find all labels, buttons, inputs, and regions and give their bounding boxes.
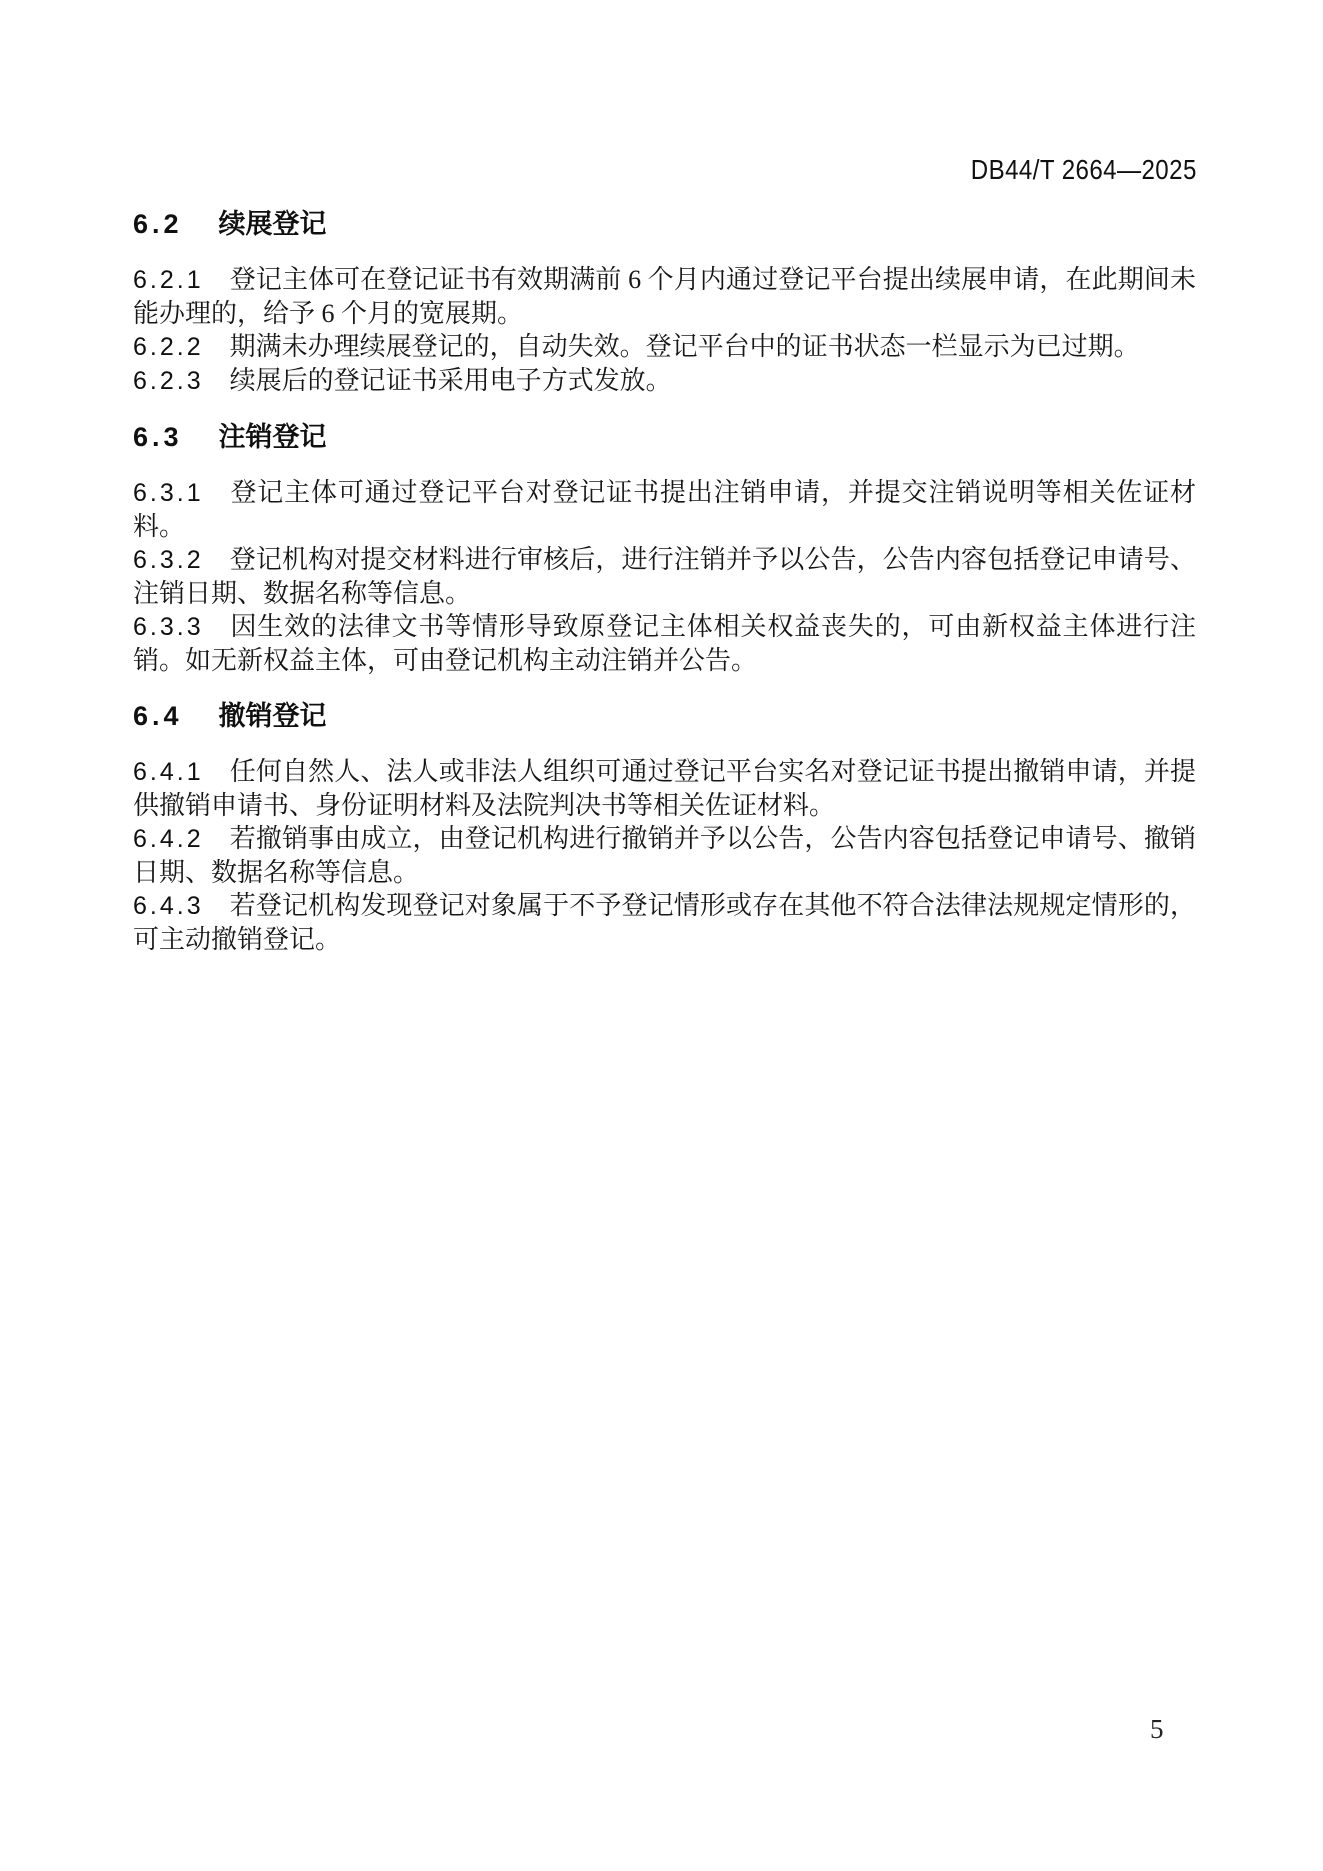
clause-number: 6.2.1 <box>133 266 204 294</box>
section-renewal-registration: 6.2续展登记 6.2.1登记主体可在登记证书有效期满前 6 个月内通过登记平台… <box>133 206 1196 398</box>
clause-text: 登记主体可在登记证书有效期满前 6 个月内通过登记平台提出续展申请，在此期间未能… <box>133 265 1196 328</box>
section-title: 续展登记 <box>219 209 327 239</box>
section-title: 注销登记 <box>219 422 327 452</box>
section-number: 6.3 <box>133 422 183 452</box>
clause-number: 6.4.1 <box>133 758 204 786</box>
clause-text: 因生效的法律文书等情形导致原登记主体相关权益丧失的，可由新权益主体进行注销。如无… <box>133 612 1196 675</box>
section-number: 6.4 <box>133 701 183 731</box>
clause-text: 续展后的登记证书采用电子方式发放。 <box>230 366 672 395</box>
clause-number: 6.2.3 <box>133 367 204 395</box>
clause-text: 若登记机构发现登记对象属于不予登记情形或存在其他不符合法律法规规定情形的，可主动… <box>133 891 1196 954</box>
section-heading: 6.3注销登记 <box>133 419 1196 455</box>
clause-number: 6.4.3 <box>133 892 204 920</box>
clause: 6.3.3因生效的法律文书等情形导致原登记主体相关权益丧失的，可由新权益主体进行… <box>133 610 1196 677</box>
clause: 6.3.1登记主体可通过登记平台对登记证书提出注销申请，并提交注销说明等相关佐证… <box>133 476 1196 543</box>
clause-text: 登记主体可通过登记平台对登记证书提出注销申请，并提交注销说明等相关佐证材料。 <box>133 478 1196 541</box>
clause-text: 若撤销事由成立，由登记机构进行撤销并予以公告，公告内容包括登记申请号、撤销日期、… <box>133 824 1196 887</box>
clause: 6.2.2期满未办理续展登记的，自动失效。登记平台中的证书状态一栏显示为已过期。 <box>133 330 1196 364</box>
section-heading: 6.4撤销登记 <box>133 698 1196 734</box>
section-deregistration: 6.3注销登记 6.3.1登记主体可通过登记平台对登记证书提出注销申请，并提交注… <box>133 419 1196 677</box>
standard-number-header: DB44/T 2664—2025 <box>971 154 1197 186</box>
clause-number: 6.2.2 <box>133 333 204 361</box>
clause-number: 6.4.2 <box>133 825 204 853</box>
clause-number: 6.3.1 <box>133 479 204 507</box>
section-title: 撤销登记 <box>219 701 327 731</box>
clause: 6.2.3续展后的登记证书采用电子方式发放。 <box>133 364 1196 398</box>
section-revocation-registration: 6.4撤销登记 6.4.1任何自然人、法人或非法人组织可通过登记平台实名对登记证… <box>133 698 1196 956</box>
section-heading: 6.2续展登记 <box>133 206 1196 242</box>
clause: 6.4.3若登记机构发现登记对象属于不予登记情形或存在其他不符合法律法规规定情形… <box>133 889 1196 956</box>
clause: 6.4.1任何自然人、法人或非法人组织可通过登记平台实名对登记证书提出撤销申请，… <box>133 755 1196 822</box>
clause-text: 登记机构对提交材料进行审核后，进行注销并予以公告，公告内容包括登记申请号、注销日… <box>133 545 1196 608</box>
clause-text: 任何自然人、法人或非法人组织可通过登记平台实名对登记证书提出撤销申请，并提供撤销… <box>133 757 1196 820</box>
document-page: { "header": { "standard_number": "DB44/T… <box>0 0 1323 1871</box>
clause: 6.3.2登记机构对提交材料进行审核后，进行注销并予以公告，公告内容包括登记申请… <box>133 543 1196 610</box>
section-number: 6.2 <box>133 209 183 239</box>
clause-number: 6.3.2 <box>133 546 204 574</box>
clause: 6.2.1登记主体可在登记证书有效期满前 6 个月内通过登记平台提出续展申请，在… <box>133 263 1196 330</box>
document-body: 6.2续展登记 6.2.1登记主体可在登记证书有效期满前 6 个月内通过登记平台… <box>133 206 1196 956</box>
page-number: 5 <box>1150 1714 1164 1745</box>
clause-number: 6.3.3 <box>133 613 204 641</box>
clause: 6.4.2若撤销事由成立，由登记机构进行撤销并予以公告，公告内容包括登记申请号、… <box>133 822 1196 889</box>
clause-text: 期满未办理续展登记的，自动失效。登记平台中的证书状态一栏显示为已过期。 <box>230 332 1140 361</box>
